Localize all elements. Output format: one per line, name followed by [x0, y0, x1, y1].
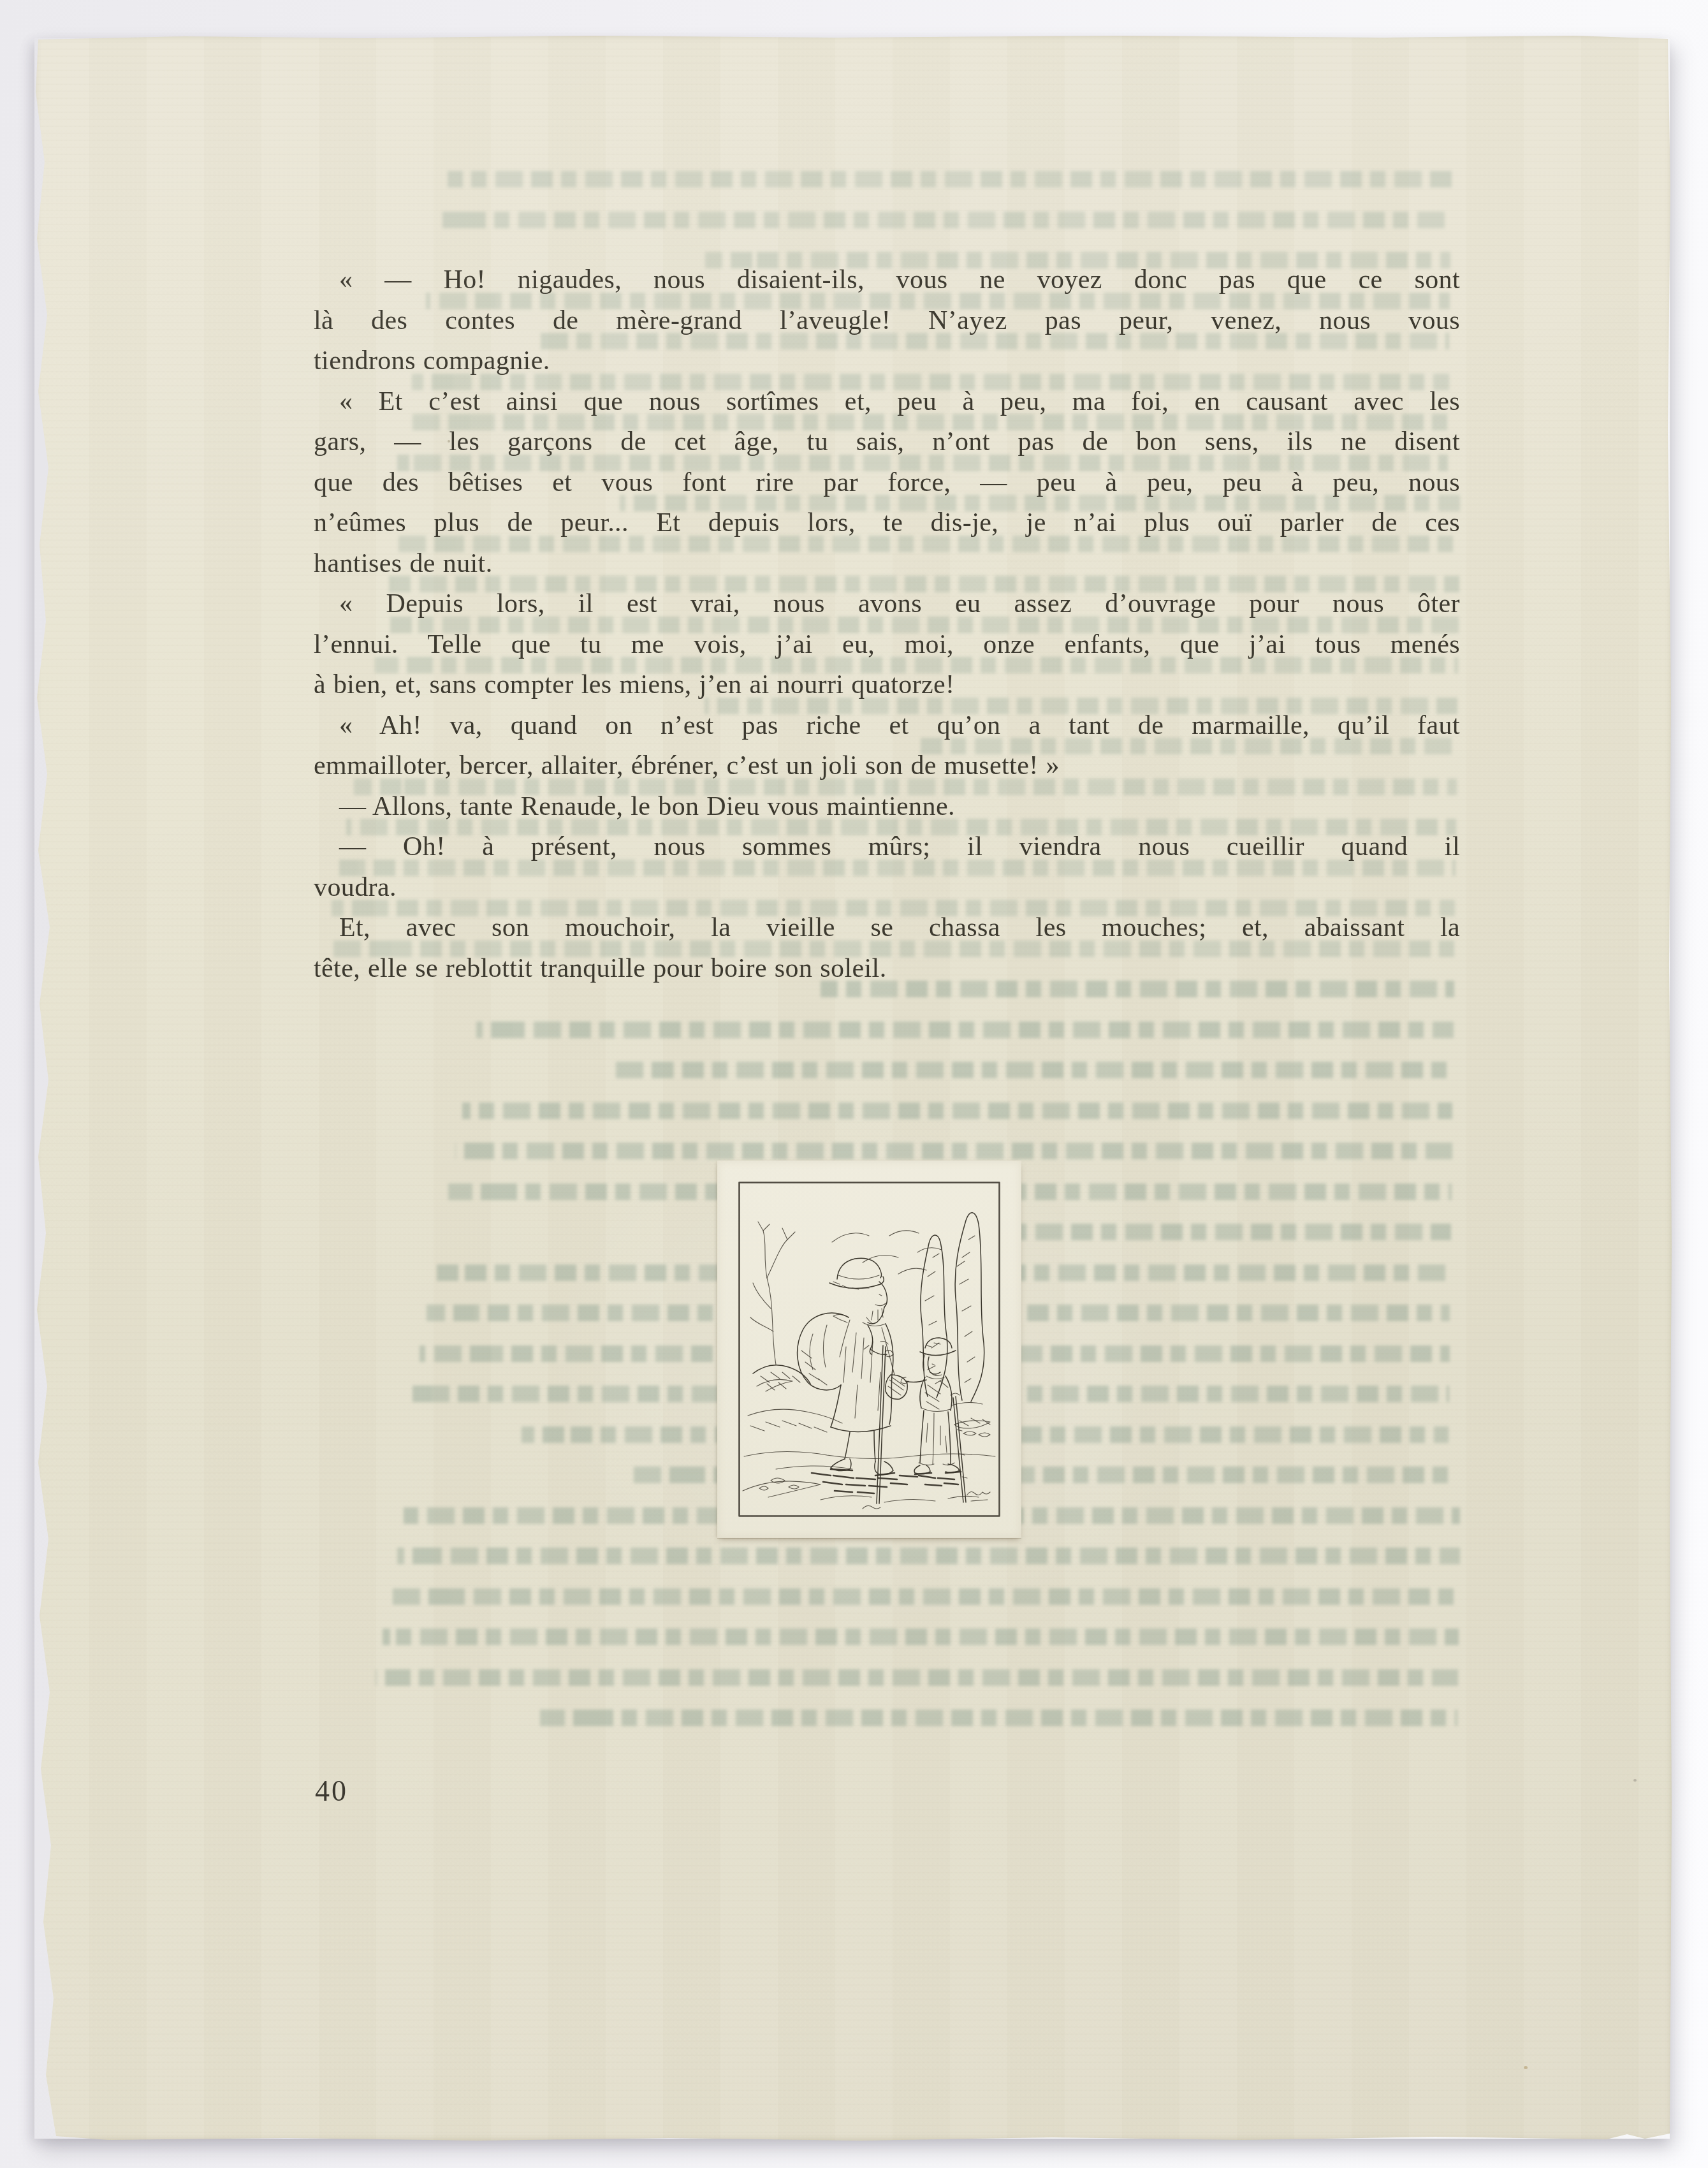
verso-ghost-line [462, 1102, 1452, 1119]
old-man-figure [798, 1258, 908, 1504]
bare-tree-sketch [750, 1222, 795, 1365]
text-line: l’ennui. Telle que tu me vois, j’ai eu, … [314, 625, 1460, 666]
plate-border [740, 1183, 1000, 1516]
verso-ghost-line [613, 1062, 1453, 1078]
verso-ghost-line [397, 1548, 1460, 1564]
verso-ghost-line [448, 171, 1452, 187]
text-line: tiendrons compagnie. [314, 341, 1460, 382]
text-line: que des bêtises et vous font rire par fo… [314, 463, 1460, 504]
text-line: — Oh! à présent, nous sommes mûrs; il vi… [314, 827, 1460, 868]
verso-ghost-line [455, 1143, 1452, 1159]
text-line: à bien, et, sans compter les miens, j’en… [314, 665, 1460, 706]
text-line: gars, — les garçons de cet âge, tu sais,… [314, 422, 1460, 463]
paper-speck [1633, 1779, 1637, 1782]
verso-ghost-line [383, 1629, 1459, 1645]
verso-ghost-line [376, 1669, 1458, 1686]
text-line: « Et c’est ainsi que nous sortîmes et, p… [314, 382, 1460, 423]
text-line: voudra. [314, 868, 1460, 909]
poplar-trees [921, 1213, 990, 1437]
text-line: emmailloter, bercer, allaiter, ébréner, … [314, 746, 1460, 787]
verso-ghost-line [390, 1588, 1459, 1605]
text-line: là des contes de mère-grand l’aveugle! N… [314, 301, 1460, 342]
etching-plate [717, 1161, 1021, 1538]
text-line: « Ah! va, quand on n’est pas riche et qu… [314, 706, 1460, 747]
text-line: — Allons, tante Renaude, le bon Dieu vou… [314, 787, 1460, 828]
verso-ghost-line [476, 1022, 1454, 1038]
text-line: « — Ho! nigaudes, nous disaient-ils, vou… [314, 260, 1460, 301]
photograph-background: « — Ho! nigaudes, nous disaient-ils, vou… [0, 0, 1708, 2168]
etching-illustration [738, 1181, 1001, 1518]
text-line: « Depuis lors, il est vrai, nous avons e… [314, 584, 1460, 625]
body-text: « — Ho! nigaudes, nous disaient-ils, vou… [314, 260, 1460, 989]
cast-shadow-hatching [812, 1473, 958, 1493]
ground-sketch [743, 1451, 995, 1502]
paper-speck [1524, 2066, 1528, 2069]
text-line: Et, avec son mouchoir, la vieille se cha… [314, 908, 1460, 949]
book-page: « — Ho! nigaudes, nous disaient-ils, vou… [32, 34, 1672, 2141]
text-line: hantises de nuit. [314, 544, 1460, 585]
paper-speck [448, 440, 450, 443]
text-line: n’eûmes plus de peur... Et depuis lors, … [314, 503, 1460, 544]
text-line: tête, elle se reblottit tranquille pour … [314, 949, 1460, 990]
verso-ghost-line [441, 212, 1451, 228]
page-number: 40 [315, 1776, 348, 1806]
bush-sketch [748, 1365, 842, 1432]
cloud-sketch [832, 1231, 942, 1274]
verso-ghost-line [540, 1710, 1457, 1726]
